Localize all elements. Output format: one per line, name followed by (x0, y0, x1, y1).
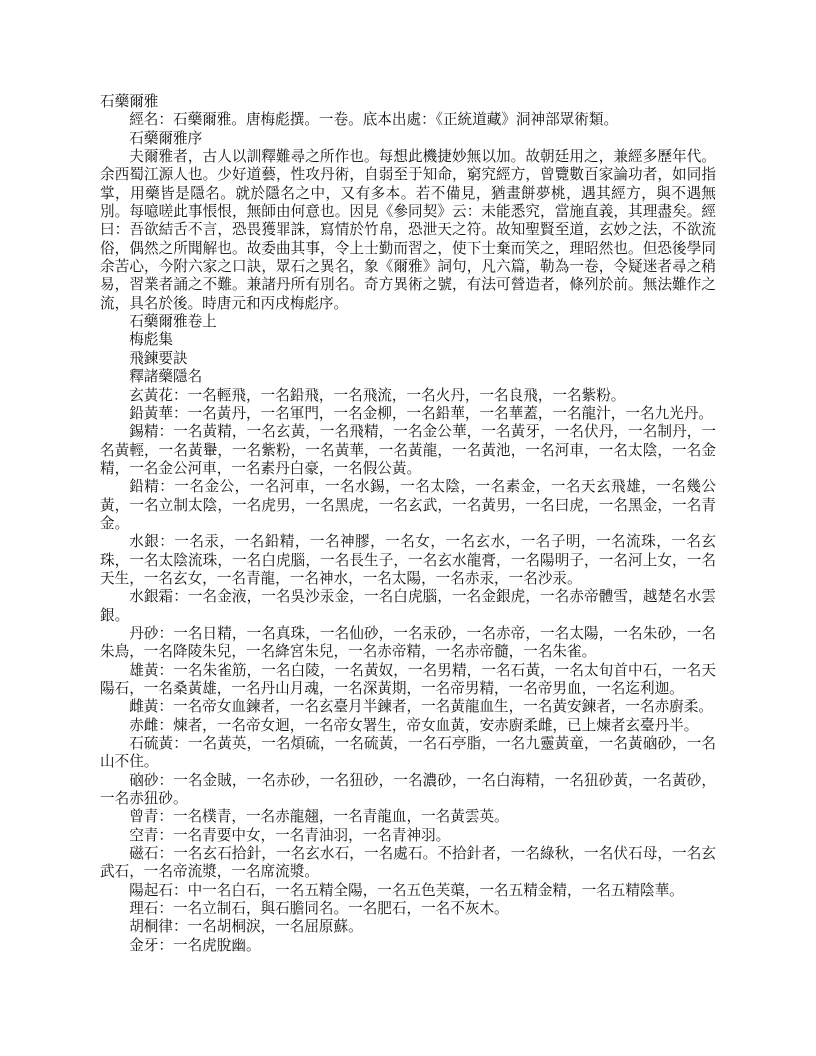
subsection-heading: 釋諸藥隱名 (100, 368, 716, 386)
entry-zengqing: 曾青：一名樸青，一名赤龍翹，一名青龍血，一名黃雲英。 (100, 808, 716, 826)
entry-naosha: 硇砂：一名金賊，一名赤砂，一名狃砂，一名濃砂，一名白海精，一名狃砂黃，一名黃砂，… (100, 772, 716, 809)
entry-qianhuanghua: 鉛黃華：一名黃丹，一名軍門，一名金柳，一名鉛華，一名華蓋，一名龍汁，一名九光丹。 (100, 405, 716, 423)
text-block: 石藥爾雅 經名：石藥爾雅。唐梅彪撰。一卷。底本出處：《正統道藏》洞神部眾術類。 … (100, 93, 716, 955)
entry-shiliuhuang: 石硫黃：一名黃英，一名煩硫，一名硫黃，一名石亭脂，一名九靈黃童，一名黃硇砂，一名… (100, 735, 716, 772)
colophon-line: 經名：石藥爾雅。唐梅彪撰。一卷。底本出處：《正統道藏》洞神部眾術類。 (100, 111, 716, 129)
entry-shuiyin: 水銀：一名汞，一名鉛精，一名神膠，一名女，一名玄水，一名子明，一名流珠，一名玄珠… (100, 533, 716, 588)
entry-chici: 赤雌：煉者，一名帝女迴，一名帝女署生，帝女血黃，安赤廚柔雌，已上煉者玄臺丹半。 (100, 717, 716, 735)
volume-heading: 石藥爾雅卷上 (100, 313, 716, 331)
entry-xijing: 錫精：一名黃精，一名玄黃，一名飛精，一名金公華，一名黃牙，一名伏丹，一名制丹，一… (100, 423, 716, 478)
entry-lishi: 理石：一名立制石，與石膽同名。一名肥石，一名不灰木。 (100, 900, 716, 918)
preface-heading: 石藥爾雅序 (100, 130, 716, 148)
author-line: 梅彪集 (100, 331, 716, 349)
entry-hutonglu: 胡桐律：一名胡桐淚，一名屈原蘇。 (100, 918, 716, 936)
entry-kongqing: 空青：一名青要中女，一名青油羽，一名青神羽。 (100, 827, 716, 845)
entry-cihuang: 雌黃：一名帝女血鍊者，一名玄臺月半鍊者，一名黃龍血生，一名黃安鍊者，一名赤廚柔。 (100, 698, 716, 716)
entry-qianjing: 鉛精：一名金公，一名河車，一名水錫，一名太陰，一名素金，一名天玄飛雄，一名幾公黃… (100, 478, 716, 533)
section-heading: 飛鍊要訣 (100, 350, 716, 368)
entry-shuiyinshuang: 水銀霜：一名金液，一名吳沙汞金，一名白虎腦，一名金銀虎，一名赤帝體雪，越楚名水雲… (100, 588, 716, 625)
preface-paragraph: 夫爾雅者，古人以訓釋難尋之所作也。每想此機捷妙無以加。故朝廷用之，兼經多歷年代。… (100, 148, 716, 313)
entry-yangqishi: 陽起石：中一名白石，一名五精全陽，一名五色芙蕖，一名五精金精，一名五精陰華。 (100, 882, 716, 900)
entry-xuanhuanghua: 玄黃花：一名輕飛，一名鉛飛，一名飛流，一名火丹，一名良飛，一名紫粉。 (100, 387, 716, 405)
entry-dansha: 丹砂：一名日精，一名真珠，一名仙砂，一名汞砂，一名赤帝，一名太陽，一名朱砂，一名… (100, 625, 716, 662)
document-title: 石藥爾雅 (100, 93, 716, 111)
entry-cishi: 磁石：一名玄石拾針，一名玄水石，一名處石。不拾針者，一名綠秋，一名伏石母，一名玄… (100, 845, 716, 882)
document-page: 石藥爾雅 經名：石藥爾雅。唐梅彪撰。一卷。底本出處：《正統道藏》洞神部眾術類。 … (0, 0, 816, 1056)
entry-jinya: 金牙：一名虎脫幽。 (100, 937, 716, 955)
entry-xionghuang: 雄黃：一名朱雀筋，一名白陵，一名黃奴，一名男精，一名石黃，一名太旬首中石，一名天… (100, 662, 716, 699)
